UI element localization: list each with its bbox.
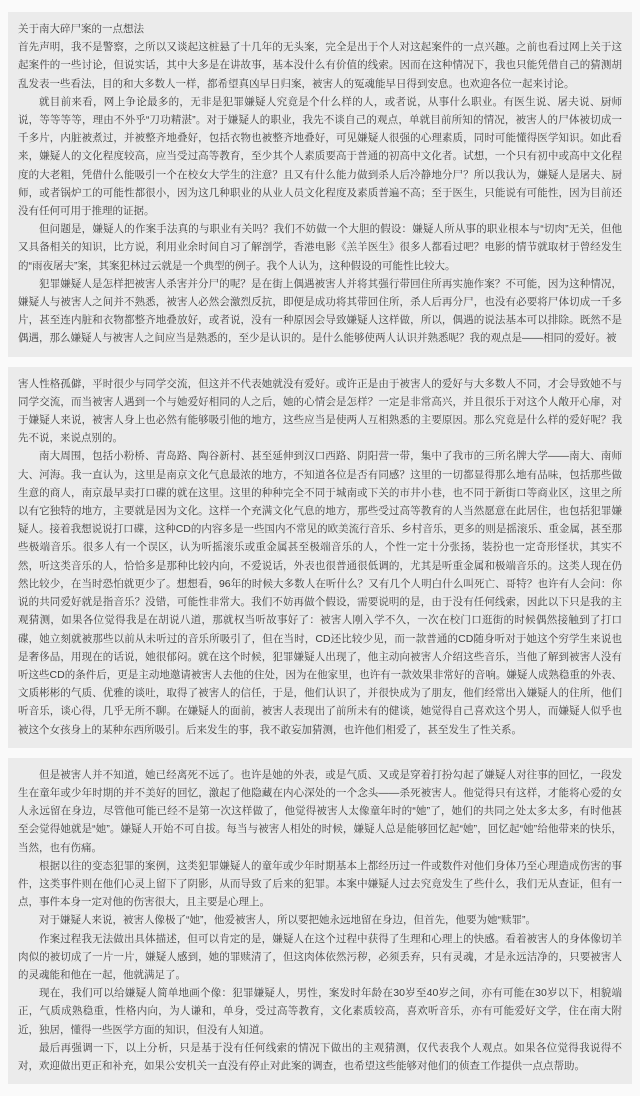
text-block: 但是被害人并不知道，她已经离死不远了。也许是她的外表，或是气质、又或是穿着打扮勾… — [8, 758, 632, 1084]
document-page: 关于南大碎尸案的一点想法首先声明，我不是警察，之所以又谈起这桩悬了十几年的无头案… — [0, 0, 640, 1096]
paragraph: 犯罪嫌疑人是怎样把被害人杀害并分尸的呢？是在街上偶遇被害人并将其强行带回住所再实… — [18, 275, 622, 348]
paragraph: 最后再强调一下，以上分析，只是基于没有任何线索的情况下做出的主观猜测，仅代表我个… — [18, 1039, 622, 1075]
paragraph: 根据以往的变态犯罪的案例，这类犯罪嫌疑人的童年或少年时期基本上都经历过一件或数件… — [18, 857, 622, 912]
paragraph: 对于嫌疑人来说，被害人像极了“她”，他爱被害人，所以要把她永远地留在身边，但首先… — [18, 911, 622, 929]
paragraph: 现在，我们可以给嫌疑人简单地画个像：犯罪嫌疑人，男性，案发时年龄在30岁至40岁… — [18, 984, 622, 1039]
text-block: 害人性格孤僻，平时很少与同学交流，但这并不代表她就没有爱好。或许正是由于被害人的… — [8, 367, 632, 748]
text-blocks-container: 关于南大碎尸案的一点想法首先声明，我不是警察，之所以又谈起这桩悬了十几年的无头案… — [8, 12, 632, 1084]
paragraph: 首先声明，我不是警察，之所以又谈起这桩悬了十几年的无头案，完全是出于个人对这起案… — [18, 38, 622, 93]
paragraph: 但问题是，嫌疑人的作案手法真的与职业有关吗？我们不妨做一个大胆的假设：嫌疑人所从… — [18, 220, 622, 275]
paragraph: 作案过程我无法做出具体描述，但可以肯定的是，嫌疑人在这个过程中获得了生理和心理上… — [18, 930, 622, 985]
text-block: 关于南大碎尸案的一点想法首先声明，我不是警察，之所以又谈起这桩悬了十几年的无头案… — [8, 12, 632, 357]
post-title: 关于南大碎尸案的一点想法 — [18, 20, 622, 38]
paragraph: 就目前来看，网上争论最多的，无非是犯罪嫌疑人究竟是个什么样的人，或者说，从事什么… — [18, 93, 622, 220]
paragraph: 但是被害人并不知道，她已经离死不远了。也许是她的外表，或是气质、又或是穿着打扮勾… — [18, 766, 622, 857]
paragraph: 南大周围，包括小粉桥、青岛路、陶谷新村、甚至延伸到汉口西路、阴阳营一带，集中了我… — [18, 447, 622, 738]
paragraph: 害人性格孤僻，平时很少与同学交流，但这并不代表她就没有爱好。或许正是由于被害人的… — [18, 375, 622, 448]
